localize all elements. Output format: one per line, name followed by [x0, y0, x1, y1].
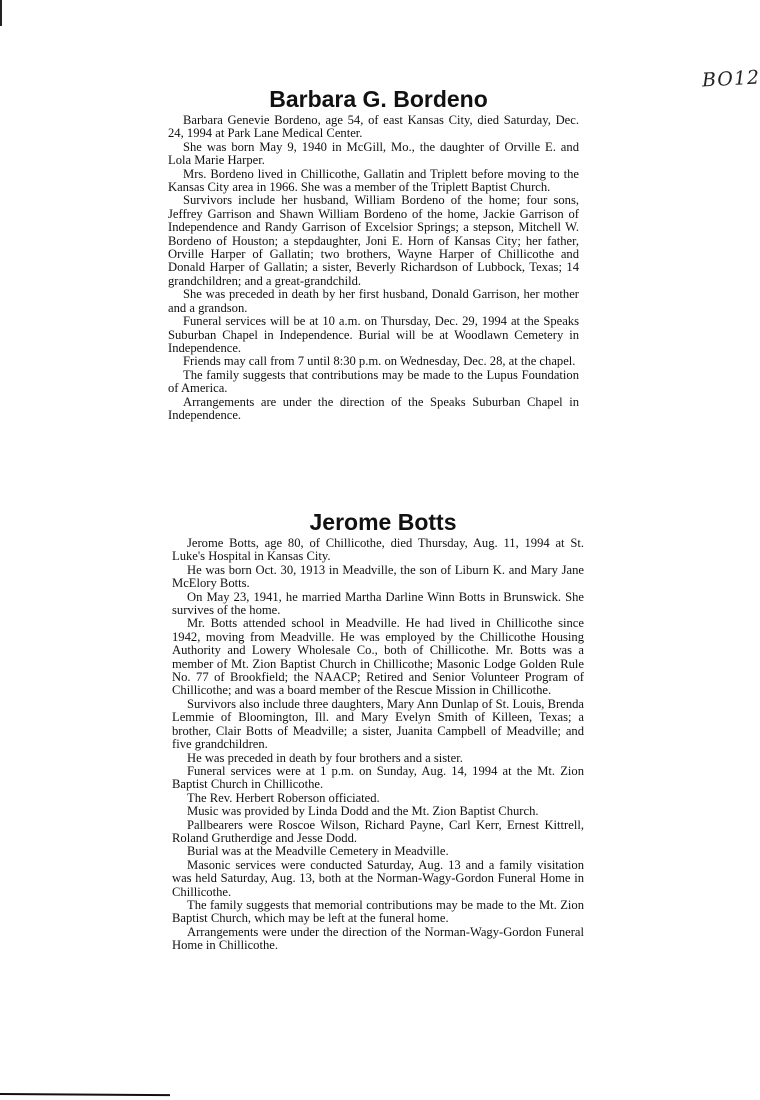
obituary-title: Jerome Botts: [172, 511, 584, 534]
paragraph: She was preceded in death by her first h…: [168, 288, 579, 315]
paragraph: Music was provided by Linda Dodd and the…: [172, 805, 584, 818]
paragraph: The family suggests that contributions m…: [168, 369, 579, 396]
obituary-barbara-bordeno: Barbara G. Bordeno Barbara Genevie Borde…: [168, 88, 579, 422]
scanned-page: BO12 Barbara G. Bordeno Barbara Genevie …: [0, 0, 760, 1100]
paragraph: The Rev. Herbert Roberson officiated.: [172, 792, 584, 805]
paragraph: Survivors include her husband, William B…: [168, 194, 579, 288]
paragraph: Jerome Botts, age 80, of Chillicothe, di…: [172, 537, 584, 564]
paragraph: Funeral services will be at 10 a.m. on T…: [168, 315, 579, 355]
scan-edge-mark: [0, 0, 2, 26]
paragraph: Arrangements were under the direction of…: [172, 926, 584, 953]
paragraph: Arrangements are under the direction of …: [168, 396, 579, 423]
paragraph: Barbara Genevie Bordeno, age 54, of east…: [168, 114, 579, 141]
paragraph: Mr. Botts attended school in Meadville. …: [172, 617, 584, 697]
paragraph: Survivors also include three daughters, …: [172, 698, 584, 752]
paragraph: Masonic services were conducted Saturday…: [172, 859, 584, 899]
paragraph: Friends may call from 7 until 8:30 p.m. …: [168, 355, 579, 368]
paragraph: He was born Oct. 30, 1913 in Meadville, …: [172, 564, 584, 591]
paragraph: Mrs. Bordeno lived in Chillicothe, Galla…: [168, 168, 579, 195]
paragraph: She was born May 9, 1940 in McGill, Mo.,…: [168, 141, 579, 168]
paragraph: Funeral services were at 1 p.m. on Sunda…: [172, 765, 584, 792]
paragraph: Burial was at the Meadville Cemetery in …: [172, 845, 584, 858]
paragraph: Pallbearers were Roscoe Wilson, Richard …: [172, 819, 584, 846]
scan-edge-line: [0, 1093, 170, 1096]
handwritten-annotation: BO12: [701, 66, 760, 91]
paragraph: On May 23, 1941, he married Martha Darli…: [172, 591, 584, 618]
obituary-title: Barbara G. Bordeno: [168, 88, 579, 111]
paragraph: He was preceded in death by four brother…: [172, 752, 584, 765]
paragraph: The family suggests that memorial contri…: [172, 899, 584, 926]
obituary-jerome-botts: Jerome Botts Jerome Botts, age 80, of Ch…: [172, 511, 584, 953]
